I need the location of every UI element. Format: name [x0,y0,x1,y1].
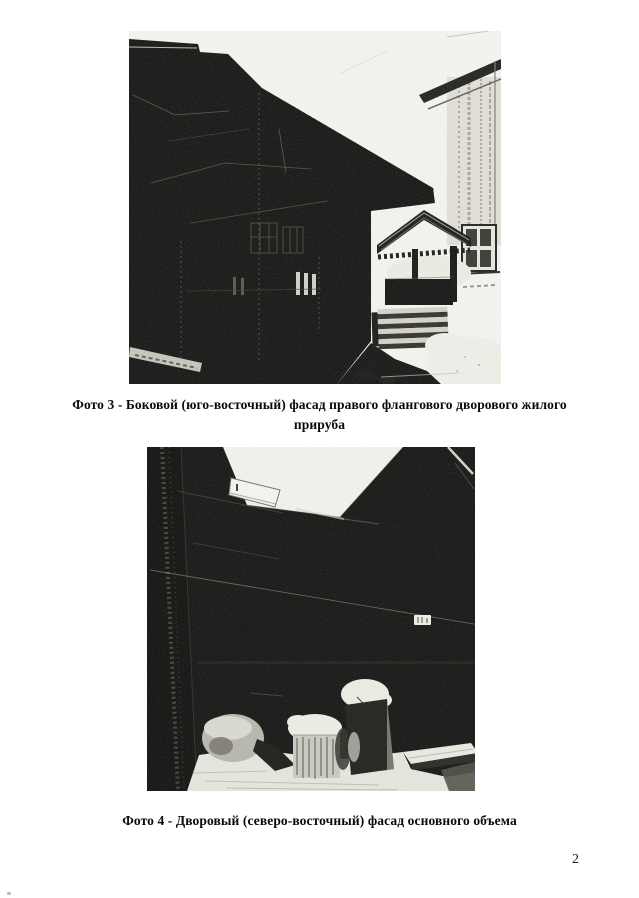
page-artifact-dot [7,892,11,895]
document-page: Фото 3 - Боковой (юго-восточный) фасад п… [0,0,639,898]
scan-grain [147,447,475,791]
scan-grain [129,31,501,384]
photo-4-caption: Фото 4 - Дворовый (северо-восточный) фас… [0,811,639,831]
photo-3-caption: Фото 3 - Боковой (юго-восточный) фасад п… [0,395,639,435]
caption-line: Фото 4 - Дворовый (северо-восточный) фас… [0,811,639,831]
photo-3-image [129,31,501,384]
caption-line: Фото 3 - Боковой (юго-восточный) фасад п… [0,395,639,415]
page-number: 2 [572,852,579,868]
photo-4-image [147,447,475,791]
caption-line: прируба [0,415,639,435]
